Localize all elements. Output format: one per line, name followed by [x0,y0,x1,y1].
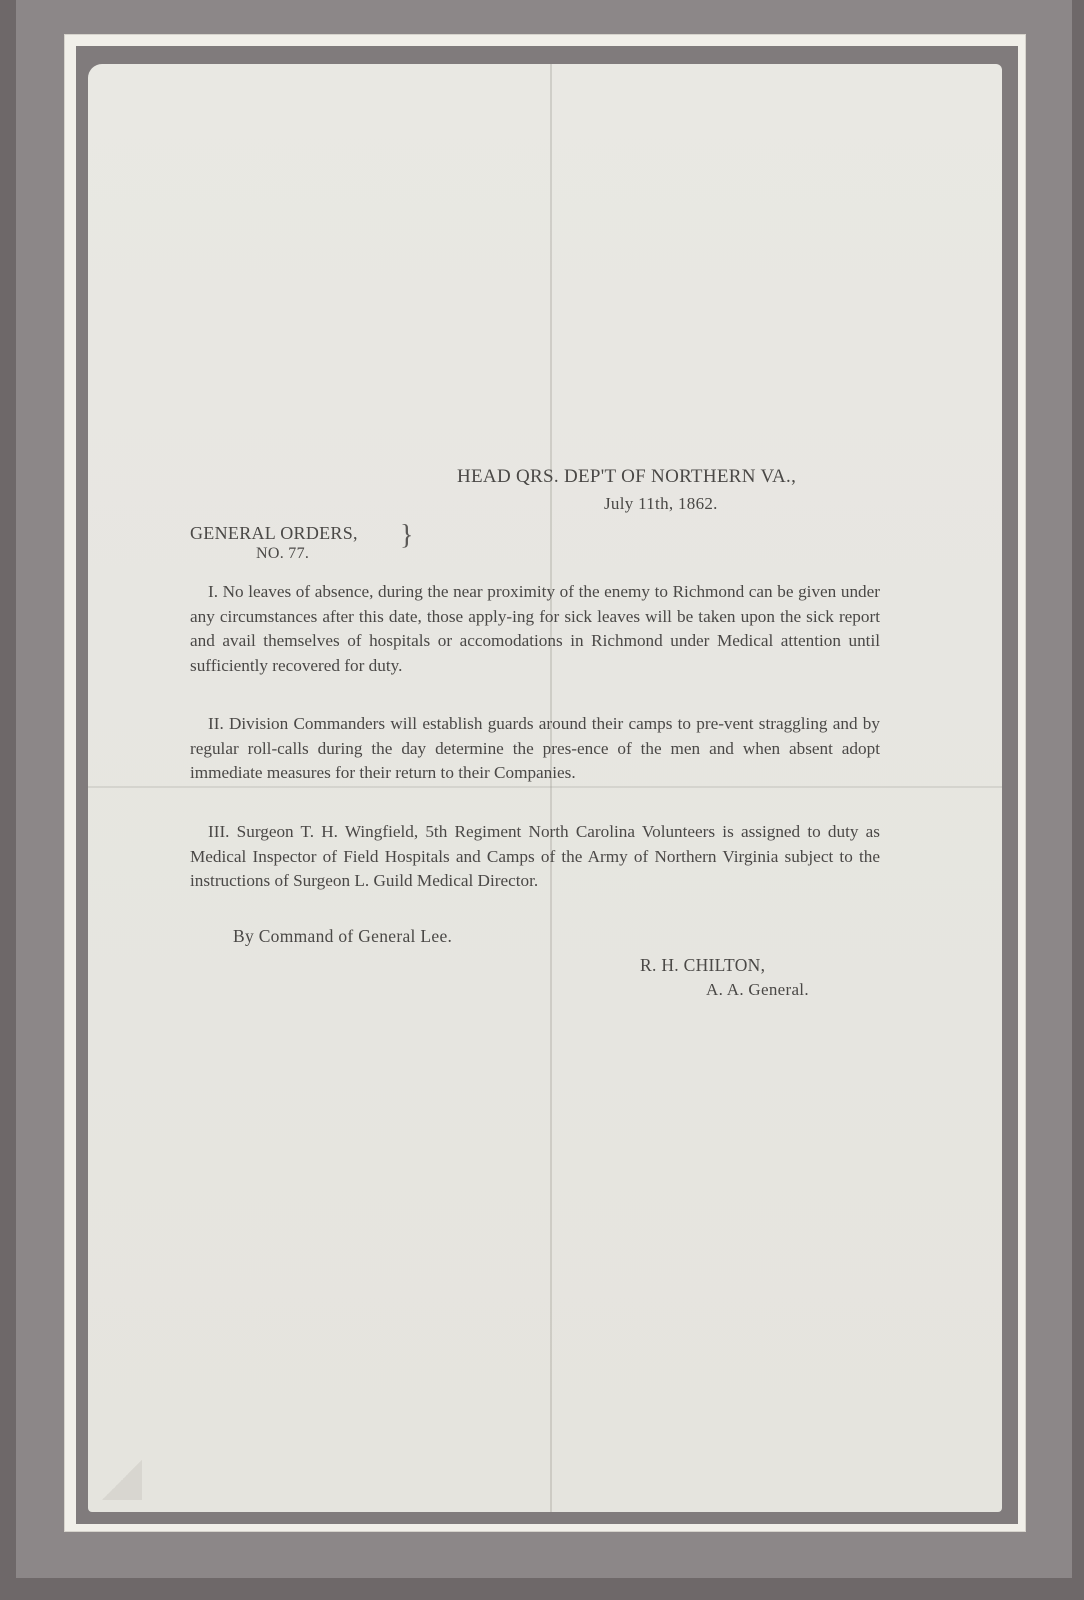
paragraph-3: III. Surgeon T. H. Wingfield, 5th Regime… [190,820,880,894]
torn-corner [102,1460,142,1500]
signer-title: A. A. General. [706,980,809,1000]
brace-glyph: } [400,520,414,552]
paragraph-1: I. No leaves of absence, during the near… [190,580,880,678]
general-orders-label: GENERAL ORDERS, [190,523,358,544]
orders-number: NO. 77. [256,545,309,563]
by-command-line: By Command of General Lee. [233,926,452,947]
paragraph-2: II. Division Commanders will establish g… [190,712,880,786]
document-paper [88,64,1002,1512]
signer-name: R. H. CHILTON, [640,955,765,976]
document-date: July 11th, 1862. [604,494,718,514]
horizontal-fold-line [88,786,1002,788]
vertical-fold-line [550,64,552,1512]
headquarters-heading: HEAD QRS. DEP'T OF NORTHERN VA., [457,466,796,488]
